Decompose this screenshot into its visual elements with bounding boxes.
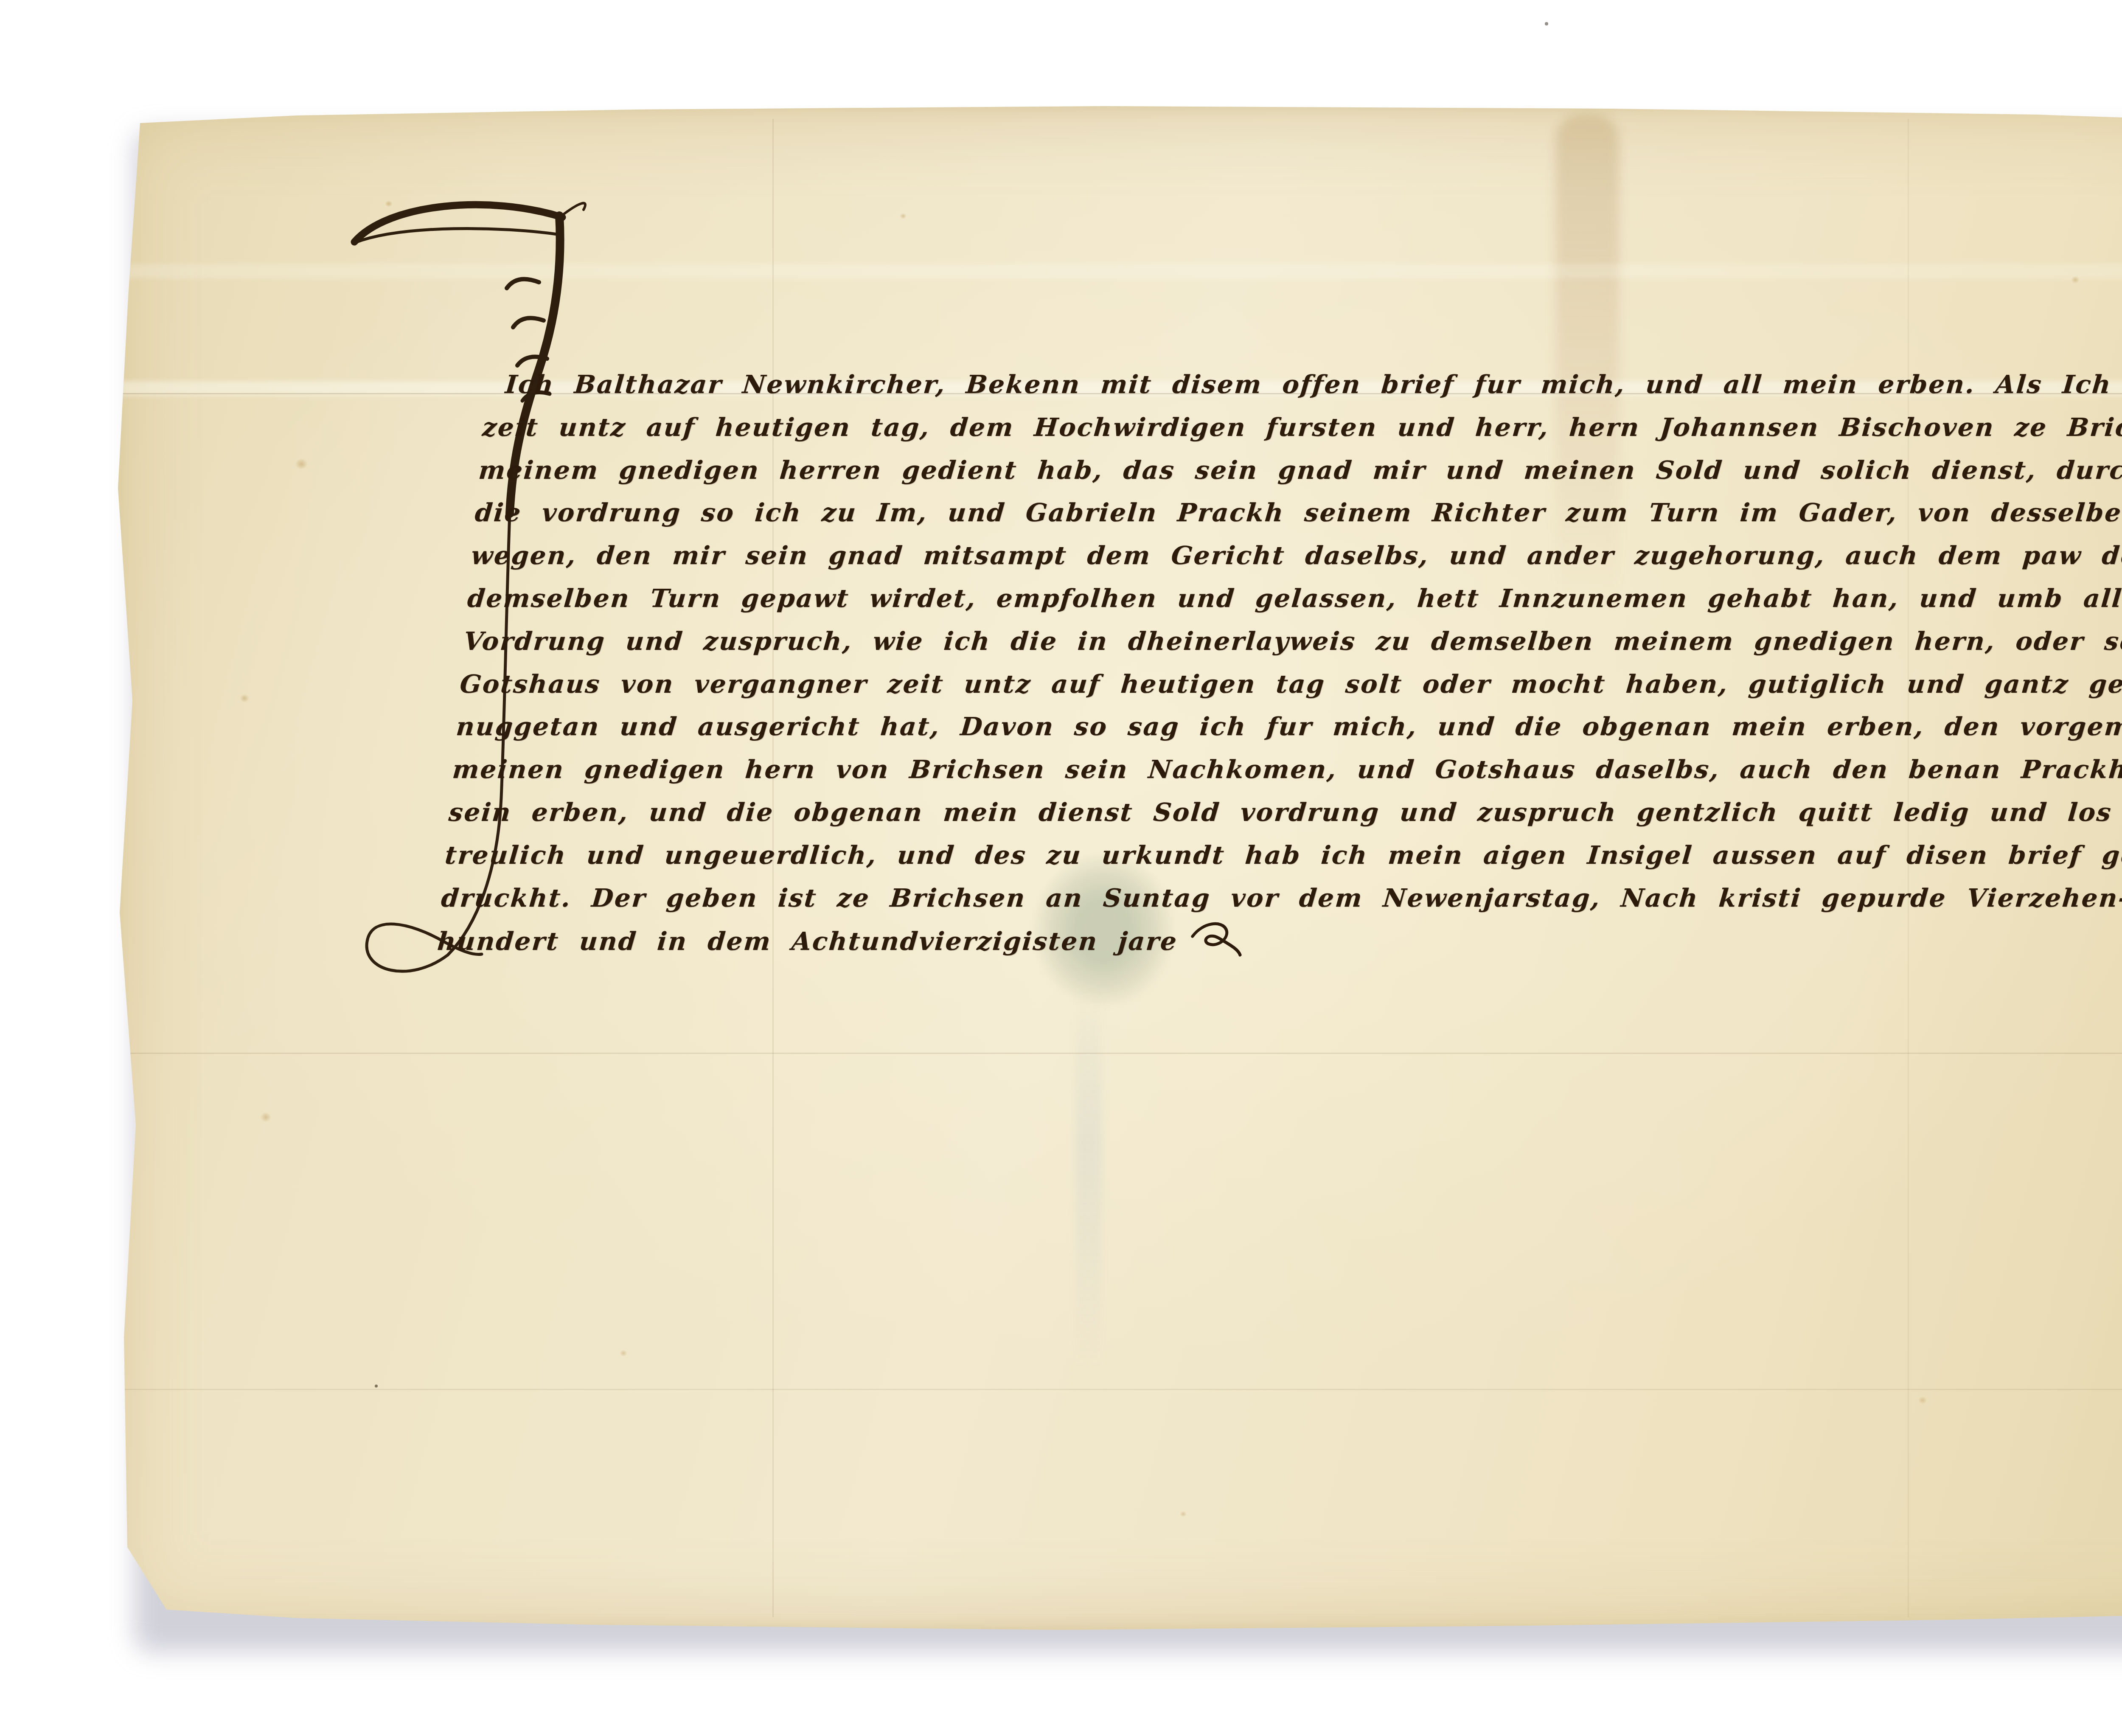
foxing-spot <box>240 694 249 702</box>
notary-paraph <box>1186 919 1246 971</box>
charter-line: wegen, den mir sein gnad mitsampt dem Ge… <box>469 534 2122 577</box>
charter-line: sein erben, und die obgenan mein dienst … <box>447 791 2122 834</box>
charter-line: Ich Balthazar Newnkircher, Bekenn mit di… <box>503 363 2122 406</box>
foxing-spot <box>1180 1511 1187 1517</box>
ink-speck <box>375 1385 378 1388</box>
charter-line: nuggetan und ausgericht hat, Davon so sa… <box>455 705 2122 748</box>
foxing-spot <box>2071 276 2080 284</box>
charter-text-block: Ich Balthazar Newnkircher, Bekenn mit di… <box>436 363 2122 962</box>
foxing-spot <box>620 1350 627 1357</box>
charter-line: die vordrung so ich zu Im, und Gabrieln … <box>473 492 2122 534</box>
charter-line: druckht. Der geben ist ze Brichsen an Su… <box>439 877 2122 920</box>
charter-line: demselben Turn gepawt wirdet, empfolhen … <box>466 577 2122 620</box>
manuscript-paper: Ich Balthazar Newnkircher, Bekenn mit di… <box>112 106 2122 1630</box>
fold-crease-horizontal <box>112 1053 2122 1054</box>
charter-line: Gotshaus von vergangner zeit untz auf he… <box>458 663 2122 706</box>
charter-line: treulich und ungeuerdlich, und des zu ur… <box>443 834 2122 877</box>
foxing-spot <box>295 458 308 469</box>
charter-line: hundert und in dem Achtundvierzigisten j… <box>436 919 2122 962</box>
ink-showthrough <box>1076 989 1101 1371</box>
charter-line: zeit untz auf heutigen tag, dem Hochwird… <box>480 406 2122 449</box>
foxing-spot <box>260 1112 271 1122</box>
fold-crease-horizontal <box>112 1389 2122 1390</box>
charter-line: meinen gnedigen hern von Brichsen sein N… <box>451 748 2122 791</box>
foxing-spot <box>1918 1396 1927 1404</box>
charter-line: meinem gnedigen herren gedient hab, das … <box>477 449 2122 492</box>
scanner-dust-speck <box>1545 22 1548 25</box>
charter-line: Vordrung und zuspruch, wie ich die in dh… <box>462 620 2122 663</box>
foxing-spot <box>900 213 907 219</box>
